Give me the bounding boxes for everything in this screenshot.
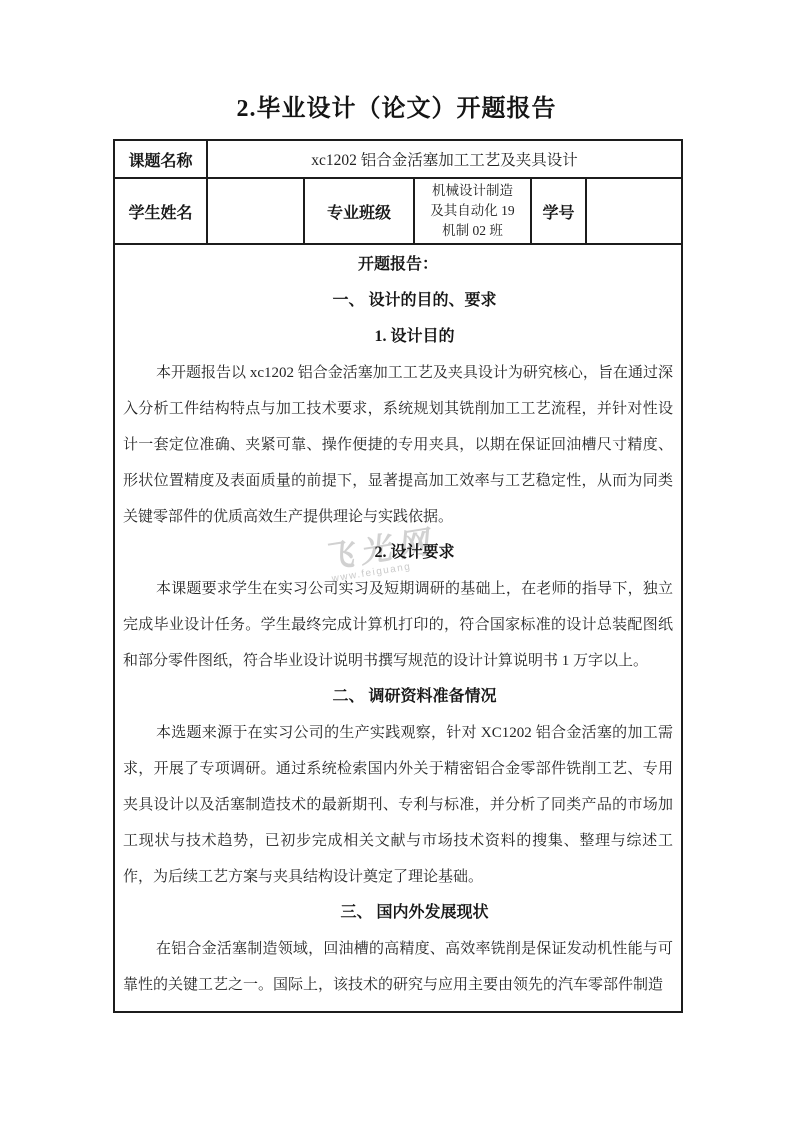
report-paragraph-development-status: 在铝合金活塞制造领域，回油槽的高精度、高效率铣削是保证发动机性能与可靠性的关键工… (123, 931, 673, 1003)
document-page: 2.毕业设计（论文）开题报告 飞光网 www.feiguang 课题名称 xc1… (0, 0, 793, 1122)
subsection-heading-1-1: 1. 设计目的 (123, 319, 673, 355)
major-class-label: 专业班级 (304, 178, 414, 244)
topic-name-label: 课题名称 (114, 140, 207, 178)
major-class-value: 机械设计制造及其自动化 19 机制 02 班 (414, 178, 531, 244)
subsection-heading-1-2: 2. 设计要求 (123, 535, 673, 571)
report-cell: 开题报告： 一、 设计的目的、要求 1. 设计目的 本开题报告以 xc1202 … (114, 244, 682, 1012)
report-content: 开题报告： 一、 设计的目的、要求 1. 设计目的 本开题报告以 xc1202 … (123, 245, 673, 1011)
report-paragraph-design-requirement: 本课题要求学生在实习公司实习及短期调研的基础上，在老师的指导下，独立完成毕业设计… (123, 571, 673, 679)
section-heading-3: 三、 国内外发展现状 (123, 895, 673, 931)
report-paragraph-research-preparation: 本选题来源于在实习公司的生产实践观察，针对 XC1202 铝合金活塞的加工需求，… (123, 715, 673, 895)
topic-name-value: xc1202 铝合金活塞加工工艺及夹具设计 (207, 140, 682, 178)
section-heading-2: 二、 调研资料准备情况 (123, 679, 673, 715)
report-label: 开题报告： (123, 247, 673, 283)
info-table: 课题名称 xc1202 铝合金活塞加工工艺及夹具设计 学生姓名 专业班级 机械设… (113, 139, 683, 1013)
table-row-student: 学生姓名 专业班级 机械设计制造及其自动化 19 机制 02 班 学号 (114, 178, 682, 244)
student-name-label: 学生姓名 (114, 178, 207, 244)
student-id-value (586, 178, 682, 244)
student-name-value (207, 178, 304, 244)
page-title: 2.毕业设计（论文）开题报告 (0, 88, 793, 123)
table-row-report: 开题报告： 一、 设计的目的、要求 1. 设计目的 本开题报告以 xc1202 … (114, 244, 682, 1012)
section-heading-1: 一、 设计的目的、要求 (123, 283, 673, 319)
table-row-topic: 课题名称 xc1202 铝合金活塞加工工艺及夹具设计 (114, 140, 682, 178)
report-paragraph-design-purpose: 本开题报告以 xc1202 铝合金活塞加工工艺及夹具设计为研究核心，旨在通过深入… (123, 355, 673, 535)
student-id-label: 学号 (531, 178, 586, 244)
